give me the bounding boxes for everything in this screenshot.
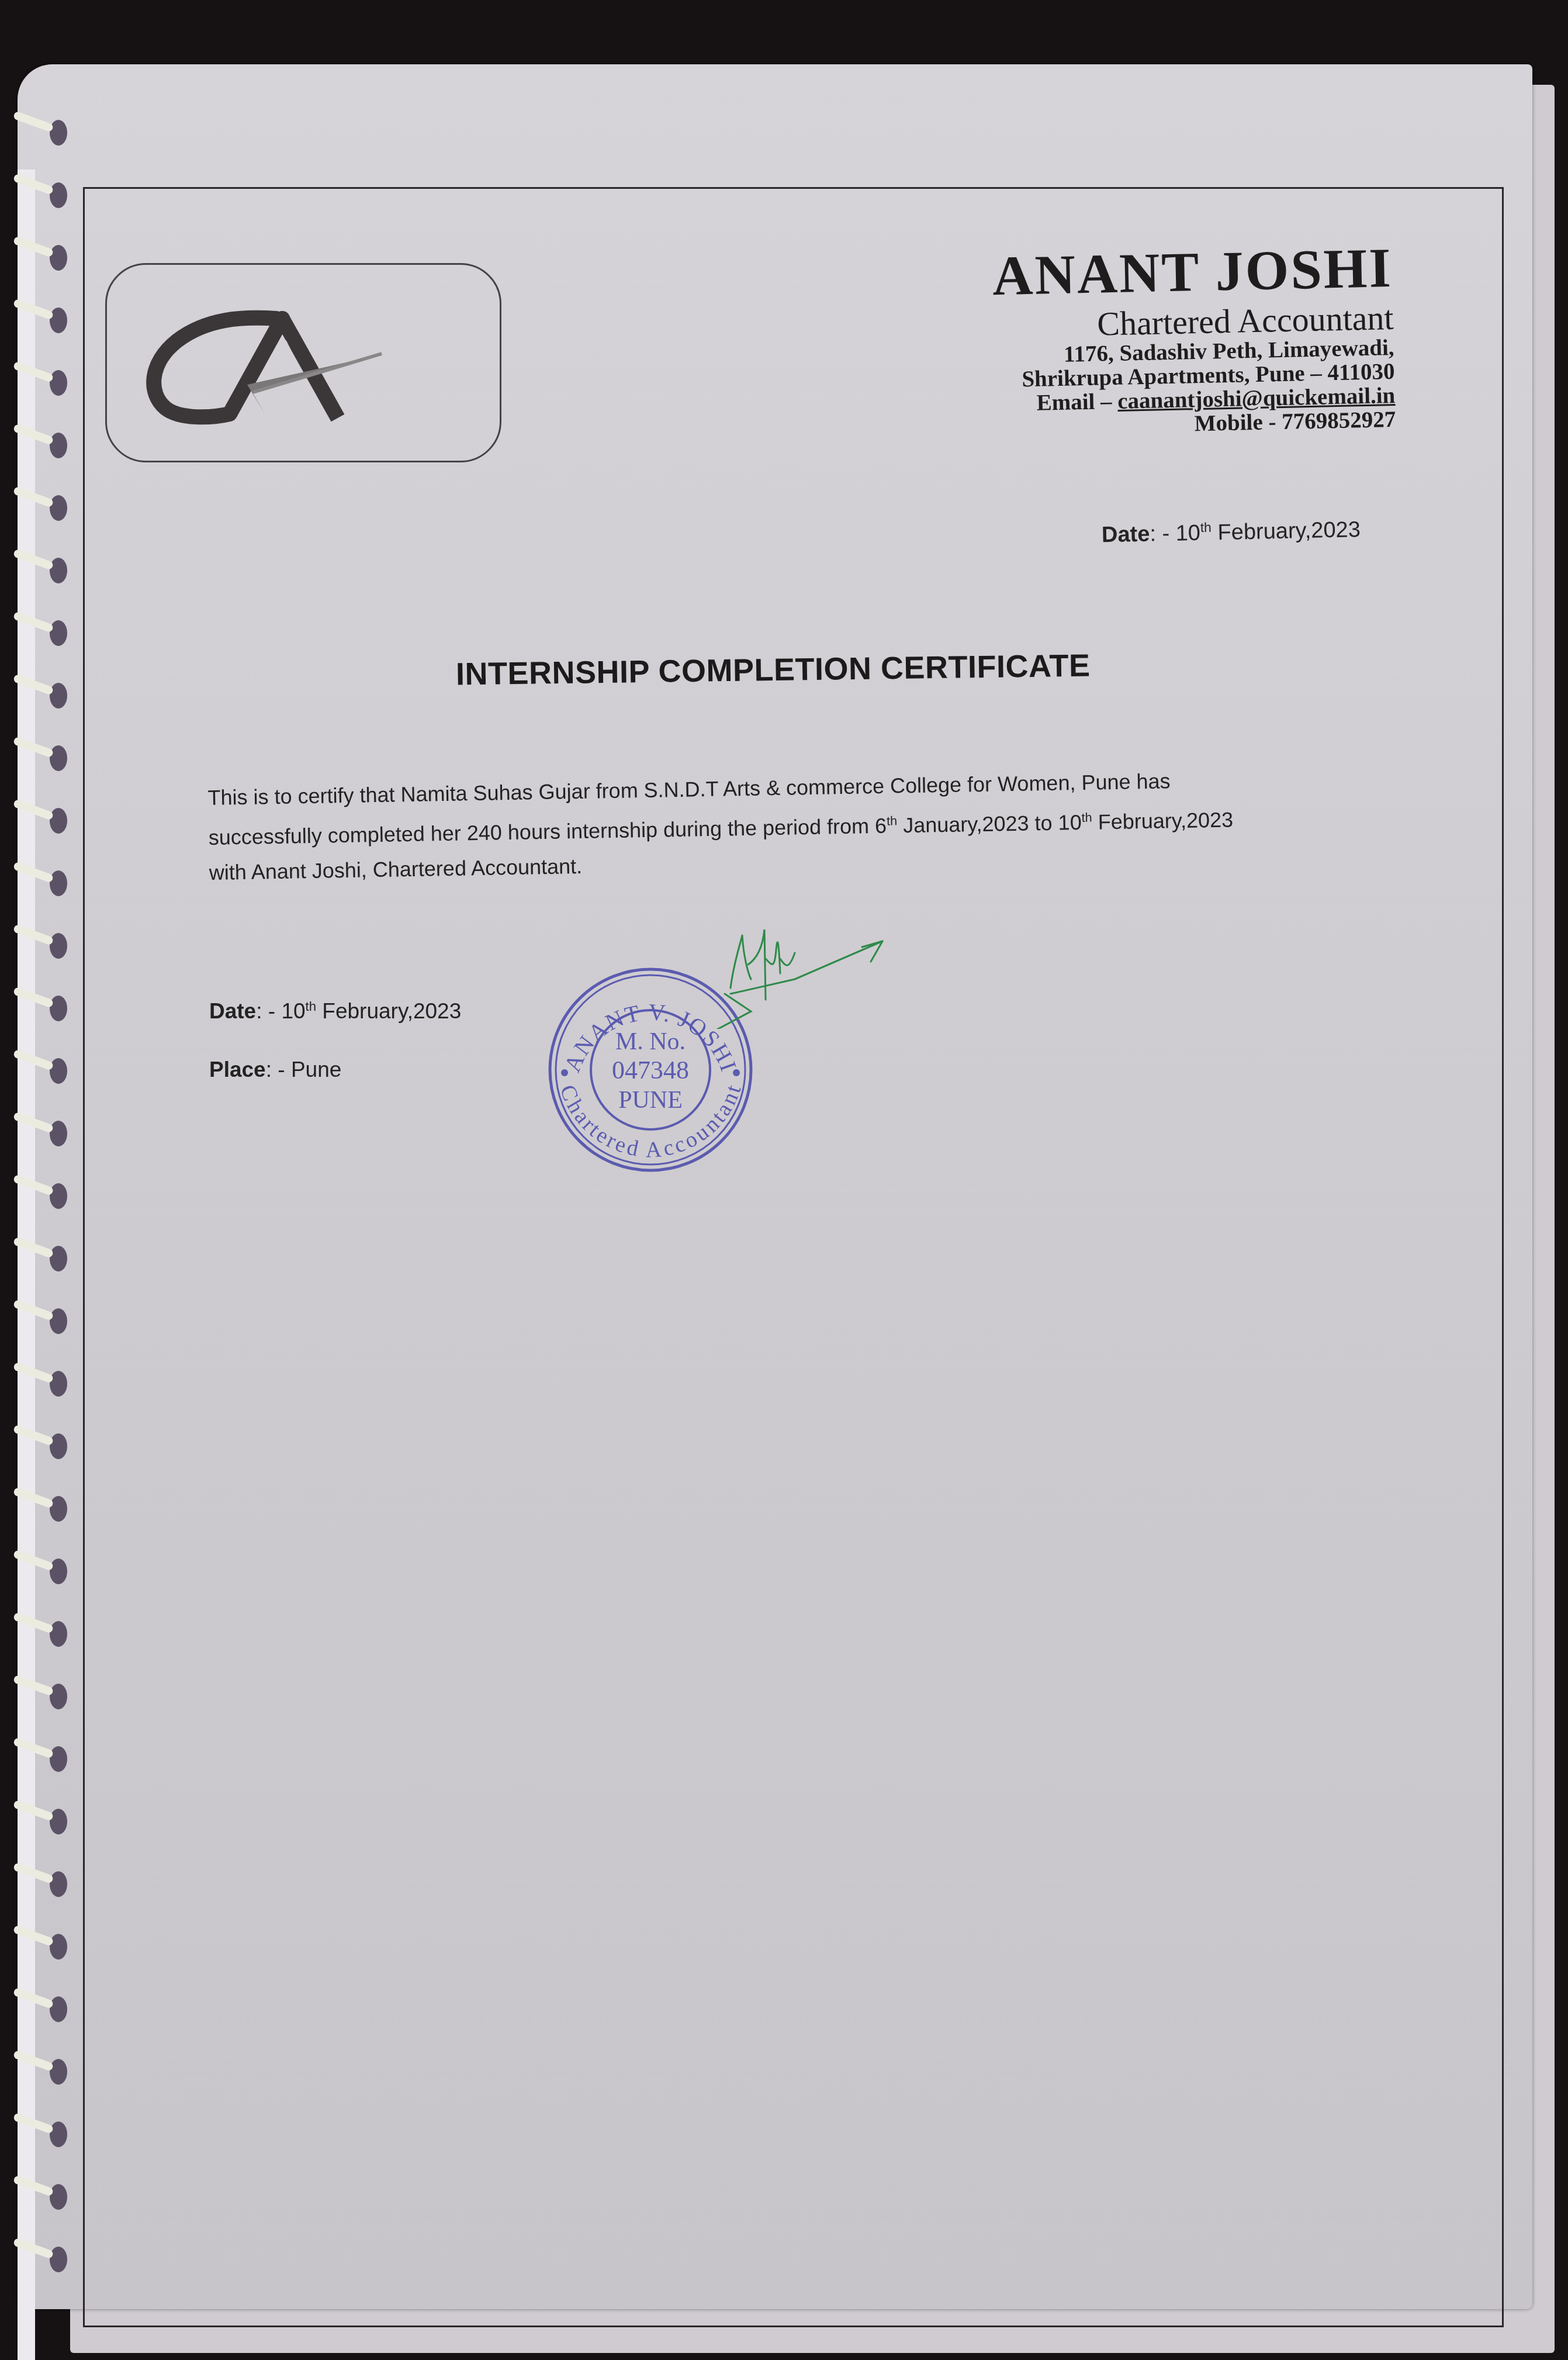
page-border bbox=[83, 187, 1504, 2327]
spiral-hole bbox=[50, 1371, 67, 1397]
header-date-day: 10 bbox=[1175, 521, 1200, 546]
header-date: Date: - 10th February,2023 bbox=[1102, 516, 1361, 548]
body-line-2a: successfully completed her 240 hours int… bbox=[208, 814, 887, 849]
mobile-number: 7769852927 bbox=[1282, 407, 1396, 434]
spiral-hole bbox=[50, 307, 67, 333]
certificate-page: CA ANANT JOSHI Chartered Accountant 1176… bbox=[18, 64, 1532, 2309]
spiral-hole bbox=[50, 1246, 67, 1271]
spiral-hole bbox=[50, 433, 67, 458]
footer-date-label: Date bbox=[209, 999, 256, 1023]
certificate-body: This is to certify that Namita Suhas Guj… bbox=[207, 759, 1407, 890]
body-line-2-sup2: th bbox=[1081, 810, 1092, 825]
footer-date-day: 10 bbox=[281, 999, 305, 1023]
header-date-label: Date bbox=[1102, 522, 1150, 548]
spiral-hole bbox=[50, 245, 67, 271]
spiral-hole bbox=[50, 2184, 67, 2210]
stamp-inner-line-2: 047348 bbox=[612, 1056, 689, 1084]
spiral-hole bbox=[50, 1746, 67, 1772]
body-line-2-sup1: th bbox=[887, 813, 897, 828]
spiral-hole bbox=[50, 1684, 67, 1709]
spiral-hole bbox=[50, 558, 67, 583]
footer-place: Place: - Pune bbox=[209, 1041, 461, 1099]
spiral-hole bbox=[50, 1433, 67, 1459]
spiral-coil bbox=[13, 110, 54, 132]
footer-place-value: Pune bbox=[291, 1058, 341, 1081]
spiral-hole bbox=[50, 1934, 67, 1960]
header-date-suffix: th bbox=[1200, 520, 1212, 535]
spiral-hole bbox=[50, 120, 67, 146]
spiral-hole bbox=[50, 1308, 67, 1334]
stamp-dot-left bbox=[561, 1069, 568, 1076]
spiral-hole bbox=[50, 495, 67, 521]
ca-logo-icon bbox=[107, 265, 500, 461]
spiral-hole bbox=[50, 182, 67, 208]
signature bbox=[707, 924, 894, 1029]
spiral-hole bbox=[50, 1996, 67, 2022]
spiral-hole bbox=[50, 933, 67, 959]
firm-name: ANANT JOSHI bbox=[992, 240, 1393, 304]
body-line-2c: February,2023 bbox=[1092, 807, 1233, 834]
stamp-inner-line-3: PUNE bbox=[618, 1087, 683, 1114]
letterhead: ANANT JOSHI Chartered Accountant 1176, S… bbox=[992, 240, 1396, 440]
spiral-hole bbox=[50, 2121, 67, 2147]
spiral-hole bbox=[50, 1496, 67, 1522]
spiral-hole bbox=[50, 2059, 67, 2085]
body-line-2b: January,2023 to 10 bbox=[897, 810, 1082, 838]
spiral-hole bbox=[50, 1871, 67, 1897]
spiral-hole bbox=[50, 996, 67, 1021]
spiral-hole bbox=[50, 683, 67, 709]
spiral-hole bbox=[50, 1621, 67, 1647]
spiral-hole bbox=[50, 2247, 67, 2272]
email-label: Email – bbox=[1036, 389, 1118, 416]
spiral-hole bbox=[50, 370, 67, 396]
footer-place-label: Place bbox=[209, 1058, 266, 1081]
spiral-hole bbox=[50, 808, 67, 834]
stamp-inner-line-1: M. No. bbox=[615, 1028, 686, 1055]
spiral-hole bbox=[50, 620, 67, 646]
spiral-hole bbox=[50, 870, 67, 896]
spiral-hole bbox=[50, 745, 67, 771]
footer-place-separator: : - bbox=[266, 1058, 291, 1081]
stamp-dot-right bbox=[733, 1069, 740, 1076]
spiral-hole bbox=[50, 1559, 67, 1584]
footer-date-suffix: th bbox=[306, 999, 317, 1014]
spiral-hole bbox=[50, 1183, 67, 1209]
header-date-separator: : - bbox=[1150, 521, 1176, 547]
mobile-label: Mobile - bbox=[1195, 409, 1282, 436]
footer-date: Date: - 10th February,2023 bbox=[209, 977, 461, 1041]
spiral-hole bbox=[50, 1058, 67, 1084]
footer-date-separator: : - bbox=[256, 999, 281, 1023]
header-date-rest: February,2023 bbox=[1212, 517, 1361, 545]
spiral-hole bbox=[50, 1809, 67, 1834]
ca-logo: CA bbox=[105, 263, 501, 462]
date-place-block: Date: - 10th February,2023 Place: - Pune bbox=[209, 977, 461, 1099]
spiral-hole bbox=[50, 1121, 67, 1146]
footer-date-rest: February,2023 bbox=[316, 999, 461, 1023]
